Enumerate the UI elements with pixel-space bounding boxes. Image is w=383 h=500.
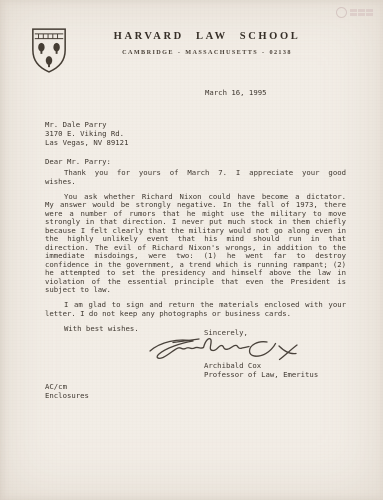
letter-footer: AC/cm Enclosures [45,383,89,400]
letterhead-school-name: HARVARD LAW SCHOOL [62,31,352,42]
paragraph: I am glad to sign and return the materia… [45,301,346,318]
letter-page: HARVARD LAW SCHOOL CAMBRIDGE - MASSACHUS… [0,0,383,500]
letter-body: Thank you for yours of March 7. I apprec… [45,169,346,340]
body-line: subject to law. [45,286,346,295]
body-line: With best wishes. [45,325,346,334]
paragraph: With best wishes. [45,325,346,334]
body-line: letter. I do not keep any photographs or… [45,310,346,319]
body-line: wishes. [45,178,346,187]
signature-title: Professor of Law, Emeritus [204,370,318,379]
watermark-circle-icon [336,7,347,18]
letterhead-location: CAMBRIDGE - MASSACHUSETTS - 02138 [62,49,352,56]
body-line: Thank you for yours of March 7. I apprec… [45,169,346,178]
enclosures-note: Enclosures [45,392,89,401]
salutation: Dear Mr. Parry: [45,157,111,166]
paragraph: You ask whether Richard Nixon could have… [45,193,346,295]
letter-date: March 16, 1995 [205,88,267,97]
auction-stamp-watermark-icon [336,7,373,18]
recipient-address: Mr. Dale Parry3170 E. Viking Rd.Las Vega… [45,121,128,147]
paragraph: Thank you for yours of March 7. I apprec… [45,169,346,186]
address-line: Las Vegas, NV 89121 [45,139,128,148]
watermark-text-blocks [350,9,373,16]
